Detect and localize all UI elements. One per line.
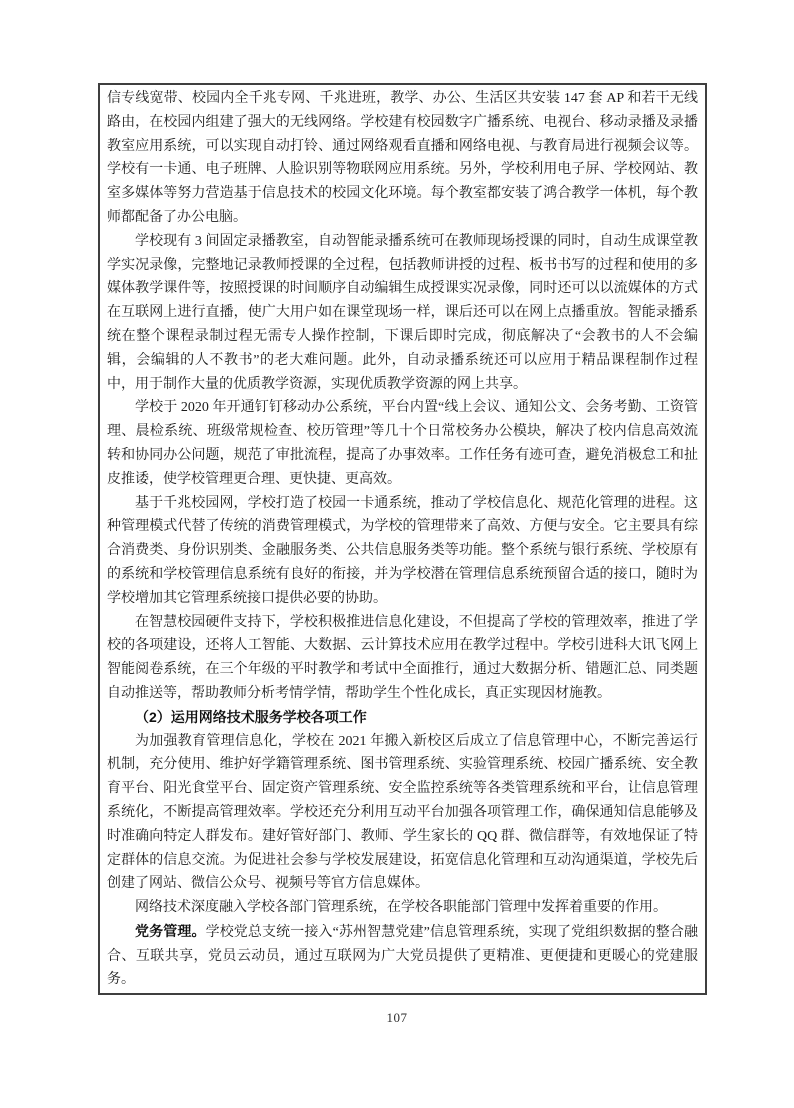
paragraph-network-integration: 网络技术深度融入学校各部门管理系统，在学校各职能部门管理中发挥着重要的作用。 xyxy=(107,896,698,920)
paragraph-party-affairs: 党务管理。学校党总支统一接入“苏州智慧党建”信息管理系统，实现了党组织数据的整合… xyxy=(107,920,698,992)
paragraph-dingtalk-office: 学校于 2020 年开通钉钉移动办公系统，平台内置“线上会议、通知公文、会务考勤… xyxy=(107,396,698,491)
document-page: 信专线宽带、校园内全千兆专网、千兆进班，教学、办公、生活区共安装 147 套 A… xyxy=(0,0,794,1108)
section-heading: （2）运用网络技术服务学校各项工作 xyxy=(107,706,698,730)
document-border-cell: 信专线宽带、校园内全千兆专网、千兆进班，教学、办公、生活区共安装 147 套 A… xyxy=(98,83,707,995)
paragraph-smart-campus: 在智慧校园硬件支持下，学校积极推进信息化建设，不但提高了学校的管理效率，推进了学… xyxy=(107,611,698,706)
paragraph-continuation: 信专线宽带、校园内全千兆专网、千兆进班，教学、办公、生活区共安装 147 套 A… xyxy=(107,87,698,230)
page-number: 107 xyxy=(0,1010,794,1026)
paragraph-info-management-center: 为加强教育管理信息化，学校在 2021 年搬入新校区后成立了信息管理中心，不断完… xyxy=(107,730,698,897)
paragraph-campus-card: 基于千兆校园网，学校打造了校园一卡通系统，推动了学校信息化、规范化管理的进程。这… xyxy=(107,492,698,611)
party-affairs-lead: 党务管理。 xyxy=(135,923,206,939)
paragraph-recording-classrooms: 学校现有 3 间固定录播教室，自动智能录播系统可在教师现场授课的同时，自动生成课… xyxy=(107,230,698,397)
